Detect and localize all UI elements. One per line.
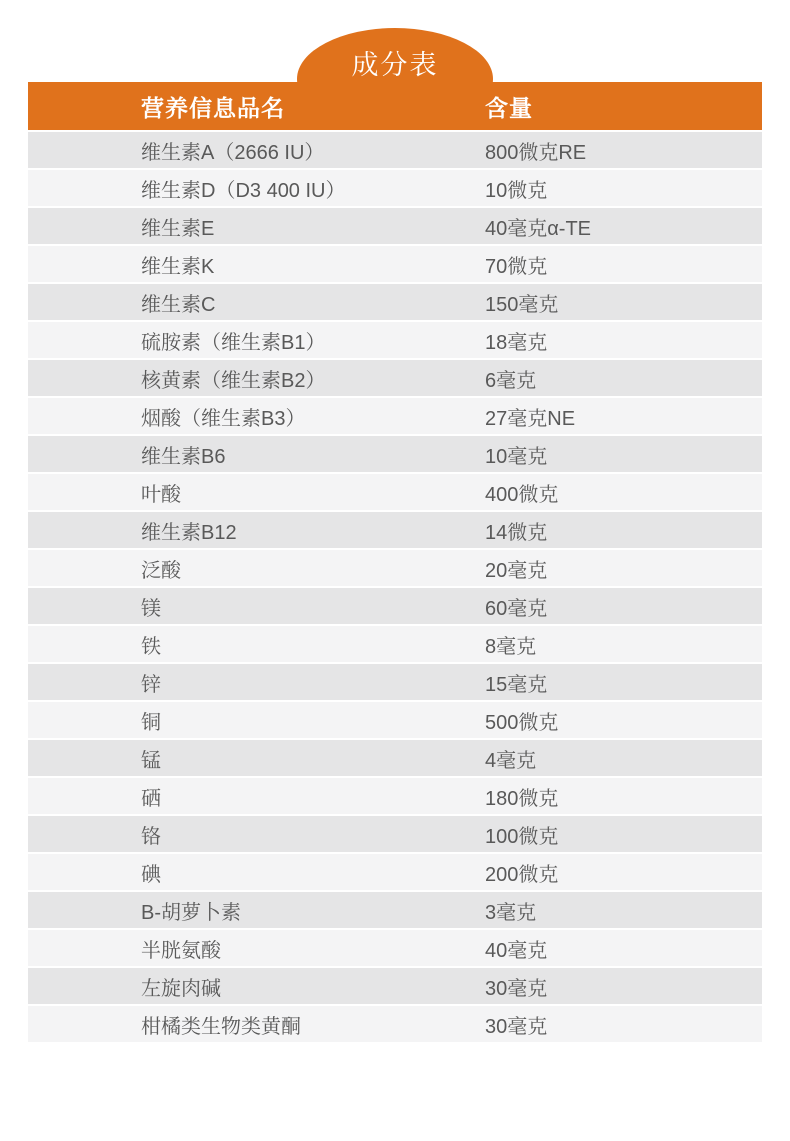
table-row: 维生素B6 10毫克 — [28, 436, 762, 472]
row-amount: 70微克 — [485, 250, 762, 279]
table-row: 铬 100微克 — [28, 816, 762, 852]
row-amount: 40毫克 — [485, 934, 762, 963]
row-name: 锰 — [141, 744, 485, 773]
row-name: 锌 — [141, 668, 485, 697]
row-amount: 150毫克 — [485, 288, 762, 317]
row-amount: 30毫克 — [485, 972, 762, 1001]
row-name: 维生素B12 — [141, 516, 485, 545]
row-name: 铬 — [141, 820, 485, 849]
tab-label: 成分表 — [352, 43, 439, 82]
header-name: 营养信息品名 — [141, 90, 485, 123]
row-amount: 18毫克 — [485, 326, 762, 355]
table-row: 叶酸 400微克 — [28, 474, 762, 510]
row-name: 铁 — [141, 630, 485, 659]
table-row: 硒 180微克 — [28, 778, 762, 814]
row-name: 维生素A（2666 IU） — [141, 136, 485, 165]
ingredient-table-body: 维生素A（2666 IU） 800微克RE 维生素D（D3 400 IU） 10… — [28, 132, 762, 1044]
table-row: 铁 8毫克 — [28, 626, 762, 662]
row-name: 硫胺素（维生素B1） — [141, 326, 485, 355]
table-row: 烟酸（维生素B3） 27毫克NE — [28, 398, 762, 434]
row-amount: 180微克 — [485, 782, 762, 811]
row-amount: 4毫克 — [485, 744, 762, 773]
table-row: 镁 60毫克 — [28, 588, 762, 624]
table-row: 维生素E 40毫克α-TE — [28, 208, 762, 244]
row-name: 维生素C — [141, 288, 485, 317]
row-name: 镁 — [141, 592, 485, 621]
table-row: 半胱氨酸 40毫克 — [28, 930, 762, 966]
row-amount: 20毫克 — [485, 554, 762, 583]
row-name: 叶酸 — [141, 478, 485, 507]
table-header: 营养信息品名 含量 — [28, 82, 762, 130]
row-amount: 6毫克 — [485, 364, 762, 393]
row-name: 维生素D（D3 400 IU） — [141, 174, 485, 203]
row-amount: 500微克 — [485, 706, 762, 735]
row-amount: 30毫克 — [485, 1010, 762, 1039]
row-amount: 3毫克 — [485, 896, 762, 925]
table-row: 核黄素（维生素B2） 6毫克 — [28, 360, 762, 396]
row-name: 柑橘类生物类黄酮 — [141, 1010, 485, 1039]
row-name: B-胡萝卜素 — [141, 896, 485, 925]
table-row: 泛酸 20毫克 — [28, 550, 762, 586]
row-amount: 60毫克 — [485, 592, 762, 621]
row-name: 烟酸（维生素B3） — [141, 402, 485, 431]
row-name: 硒 — [141, 782, 485, 811]
table-row: 硫胺素（维生素B1） 18毫克 — [28, 322, 762, 358]
row-name: 铜 — [141, 706, 485, 735]
row-name: 维生素K — [141, 250, 485, 279]
row-amount: 8毫克 — [485, 630, 762, 659]
row-amount: 400微克 — [485, 478, 762, 507]
table-row: 维生素B12 14微克 — [28, 512, 762, 548]
row-amount: 14微克 — [485, 516, 762, 545]
row-amount: 800微克RE — [485, 136, 762, 165]
table-row: 铜 500微克 — [28, 702, 762, 738]
table-row: 维生素A（2666 IU） 800微克RE — [28, 132, 762, 168]
row-name: 左旋肉碱 — [141, 972, 485, 1001]
row-name: 泛酸 — [141, 554, 485, 583]
row-amount: 15毫克 — [485, 668, 762, 697]
row-amount: 40毫克α-TE — [485, 212, 762, 241]
table-row: 左旋肉碱 30毫克 — [28, 968, 762, 1004]
row-amount: 27毫克NE — [485, 402, 762, 431]
table-row: 锌 15毫克 — [28, 664, 762, 700]
row-name: 半胱氨酸 — [141, 934, 485, 963]
table-row: 碘 200微克 — [28, 854, 762, 890]
table-row: B-胡萝卜素 3毫克 — [28, 892, 762, 928]
header-amount: 含量 — [485, 90, 762, 123]
composition-panel: 成分表 营养信息品名 含量 维生素A（2666 IU） 800微克RE 维生素D… — [0, 0, 790, 1141]
row-amount: 100微克 — [485, 820, 762, 849]
table-row: 锰 4毫克 — [28, 740, 762, 776]
row-amount: 10毫克 — [485, 440, 762, 469]
table-row: 维生素C 150毫克 — [28, 284, 762, 320]
row-name: 维生素E — [141, 212, 485, 241]
table-row: 柑橘类生物类黄酮 30毫克 — [28, 1006, 762, 1042]
row-amount: 10微克 — [485, 174, 762, 203]
table-row: 维生素K 70微克 — [28, 246, 762, 282]
table-row: 维生素D（D3 400 IU） 10微克 — [28, 170, 762, 206]
row-name: 核黄素（维生素B2） — [141, 364, 485, 393]
row-name: 碘 — [141, 858, 485, 887]
row-name: 维生素B6 — [141, 440, 485, 469]
row-amount: 200微克 — [485, 858, 762, 887]
